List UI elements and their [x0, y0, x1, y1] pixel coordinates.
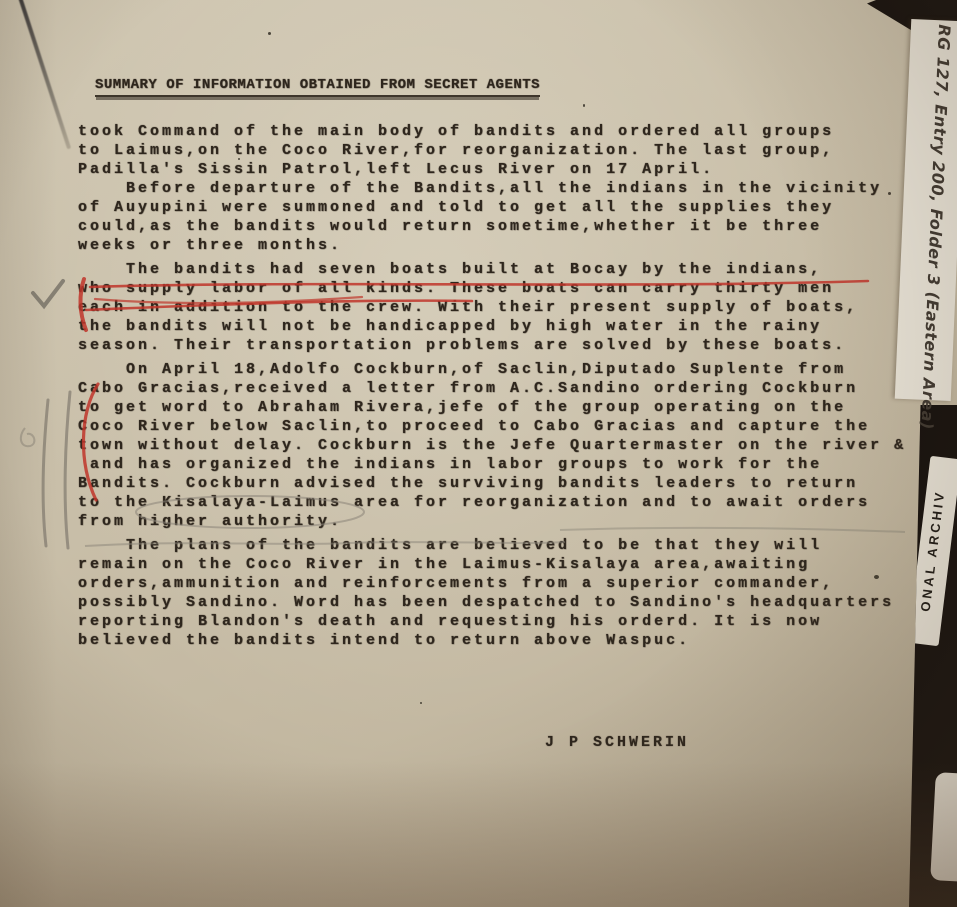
pencil-margin-line-1: [43, 400, 48, 546]
text-line: weeks or three months.: [78, 236, 898, 255]
text-line: to Laimus,on the Coco River,for reorgani…: [78, 141, 898, 160]
text-line: could,as the bandits would return someti…: [78, 217, 898, 236]
document-body: took Command of the main body of bandits…: [78, 122, 898, 650]
page-edge-crease: [15, 0, 71, 149]
text-line: remain on the Coco River in the Laimus-K…: [78, 555, 898, 574]
text-line: Padilla's Sissin Patrol,left Lecus River…: [78, 160, 898, 179]
text-line: season. Their transportation problems ar…: [78, 336, 898, 355]
text-line: Cabo Gracias,received a letter from A.C.…: [78, 379, 898, 398]
dust-speck: [888, 192, 891, 195]
archival-reference-label: RG 127, Entry 200, Folder 3 (Eastern Are…: [895, 19, 957, 401]
document-title: SUMMARY OF INFORMATION OBTAINED FROM SEC…: [95, 77, 540, 97]
paragraph: On April 18,Adolfo Cockburn,of Saclin,Di…: [78, 360, 898, 531]
text-line: the bandits will not be handicapped by h…: [78, 317, 898, 336]
text-line: each in addition to the crew. With their…: [78, 298, 898, 317]
text-line: Bandits. Cockburn advised the surviving …: [78, 474, 898, 493]
text-line: Before departure of the Bandits,all the …: [78, 179, 898, 198]
text-line: and has organized the indians in labor g…: [78, 455, 898, 474]
text-line: The plans of the bandits are believed to…: [78, 536, 898, 555]
text-line: believed the bandits intend to return ab…: [78, 631, 898, 650]
text-line: Coco River below Saclin,to proceed to Ca…: [78, 417, 898, 436]
pencil-margin-line-2: [65, 392, 70, 548]
text-line: took Command of the main body of bandits…: [78, 122, 898, 141]
paragraph: Before departure of the Bandits,all the …: [78, 179, 898, 255]
text-line: to the Kisalaya-Laimus area for reorgani…: [78, 493, 898, 512]
text-line: On April 18,Adolfo Cockburn,of Saclin,Di…: [78, 360, 898, 379]
archival-reference-text: RG 127, Entry 200, Folder 3 (Eastern Are…: [908, 24, 954, 397]
text-line: town without delay. Cockburn is the Jefe…: [78, 436, 898, 455]
archives-stamp-text: ONAL ARCHIV: [913, 456, 956, 645]
black-edge-column: ONAL ARCHIV: [909, 405, 957, 907]
text-line: who supply labor of all kinds. These boa…: [78, 279, 898, 298]
paragraph: The plans of the bandits are believed to…: [78, 536, 898, 650]
dust-speck: [583, 104, 585, 107]
dust-speck: [268, 32, 271, 35]
text-line: to get word to Abraham Rivera,jefe of th…: [78, 398, 898, 417]
text-line: orders,ammunition and reinforcements fro…: [78, 574, 898, 593]
signature: J P SCHWERIN: [545, 734, 689, 751]
text-line: of Auyupini were summoned and told to ge…: [78, 198, 898, 217]
archives-stamp-label: ONAL ARCHIV: [909, 456, 957, 646]
text-line: from higher authority.: [78, 512, 898, 531]
edge-paper-fragment: [930, 772, 957, 882]
text-line: reporting Blandon's death and requesting…: [78, 612, 898, 631]
paragraph: took Command of the main body of bandits…: [78, 122, 898, 179]
pencil-squiggle: [21, 428, 35, 446]
document-scan: SUMMARY OF INFORMATION OBTAINED FROM SEC…: [0, 0, 957, 907]
text-line: The bandits had seven boats built at Boc…: [78, 260, 898, 279]
text-line: possibly Sandino. Word has been despatch…: [78, 593, 898, 612]
pencil-checkmark: [33, 281, 63, 306]
paragraph: The bandits had seven boats built at Boc…: [78, 260, 898, 355]
dust-speck: [874, 575, 879, 579]
dust-speck: [420, 702, 422, 704]
dust-speck: [238, 158, 240, 160]
